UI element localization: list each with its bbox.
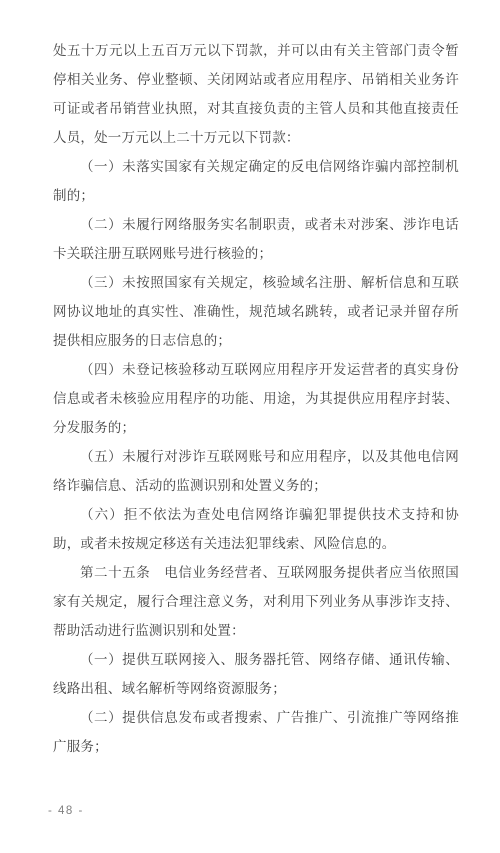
legal-article-25-paragraph: 第二十五条 电信业务经营者、互联网服务提供者应当依照国家有关规定，履行合理注意义… bbox=[53, 558, 459, 645]
legal-clause-item-3: （三）未按照国家有关规定，核验域名注册、解析信息和互联网协议地址的真实性、准确性… bbox=[53, 268, 459, 355]
legal-article-25-item-1: （一）提供互联网接入、服务器托管、网络存储、通讯传输、线路出租、域名解析等网络资… bbox=[53, 645, 459, 703]
document-body: 处五十万元以上五百万元以下罚款，并可以由有关主管部门责令暂停相关业务、停业整顿、… bbox=[53, 36, 459, 761]
legal-clause-item-2: （二）未履行网络服务实名制职责，或者未对涉案、涉诈电话卡关联注册互联网账号进行核… bbox=[53, 210, 459, 268]
document-page: 处五十万元以上五百万元以下罚款，并可以由有关主管部门责令暂停相关业务、停业整顿、… bbox=[0, 0, 500, 853]
legal-article-25-item-2: （二）提供信息发布或者搜索、广告推广、引流推广等网络推广服务； bbox=[53, 703, 459, 761]
legal-clause-item-4: （四）未登记核验移动互联网应用程序开发运营者的真实身份信息或者未核验应用程序的功… bbox=[53, 355, 459, 442]
legal-clause-item-5: （五）未履行对涉诈互联网账号和应用程序，以及其他电信网络诈骗信息、活动的监测识别… bbox=[53, 442, 459, 500]
legal-clause-item-1: （一）未落实国家有关规定确定的反电信网络诈骗内部控制机制的； bbox=[53, 152, 459, 210]
legal-paragraph-continuation: 处五十万元以上五百万元以下罚款，并可以由有关主管部门责令暂停相关业务、停业整顿、… bbox=[53, 36, 459, 152]
legal-clause-item-6: （六）拒不依法为查处电信网络诈骗犯罪提供技术支持和协助，或者未按规定移送有关违法… bbox=[53, 500, 459, 558]
page-number: - 48 - bbox=[48, 804, 84, 818]
